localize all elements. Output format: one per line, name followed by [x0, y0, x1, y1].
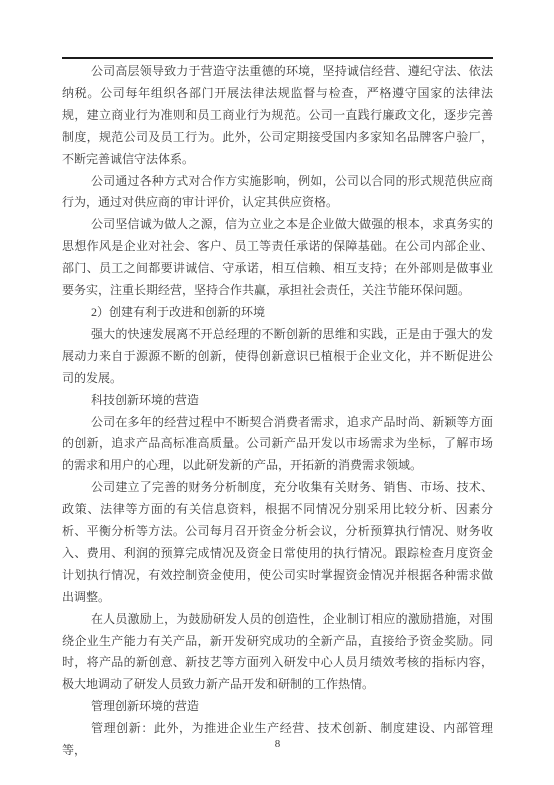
page-body-text: 公司高层领导致力于营造守法重德的环境，坚持诚信经营、遵纪守法、依法纳税。公司每年…: [62, 61, 493, 762]
paragraph-financial-analysis: 公司建立了完善的财务分析制度，充分收集有关财务、销售、市场、技术、政策、法律等方…: [62, 477, 493, 608]
paragraph-supplier-audit: 公司通过各种方式对合作方实施影响，例如，公司以合同的形式规范供应商行为，通过对供…: [62, 171, 493, 215]
paragraph-rd-incentives: 在人员激励上，为鼓励研发人员的创造性，企业制订相应的激励措施，对围绕企业生产能力…: [62, 609, 493, 697]
paragraph-consumer-demand: 公司在多年的经营过程中不断契合消费者需求，追求产品时尚、新颖等方面的创新，追求产…: [62, 412, 493, 478]
paragraph-innovation-drive: 强大的快速发展离不开总经理的不断创新的思维和实践，正是由于强大的发展动力来自于源…: [62, 324, 493, 390]
paragraph-legal-compliance: 公司高层领导致力于营造守法重德的环境，坚持诚信经营、遵纪守法、依法纳税。公司每年…: [62, 61, 493, 171]
header-rule: [62, 57, 493, 59]
page-number: 8: [62, 738, 493, 750]
paragraph-integrity-values: 公司坚信诚为做人之源，信为立业之本是企业做大做强的根本，求真务实的思想作风是企业…: [62, 214, 493, 302]
document-page: 公司高层领导致力于营造守法重德的环境，坚持诚信经营、遵纪守法、依法纳税。公司每年…: [0, 0, 554, 785]
subsection-title-tech-innovation: 科技创新环境的营造: [62, 390, 493, 412]
subsection-title-innovation-environment: 2）创建有利于改进和创新的环境: [62, 302, 493, 324]
subsection-title-management-innovation: 管理创新环境的营造: [62, 696, 493, 718]
